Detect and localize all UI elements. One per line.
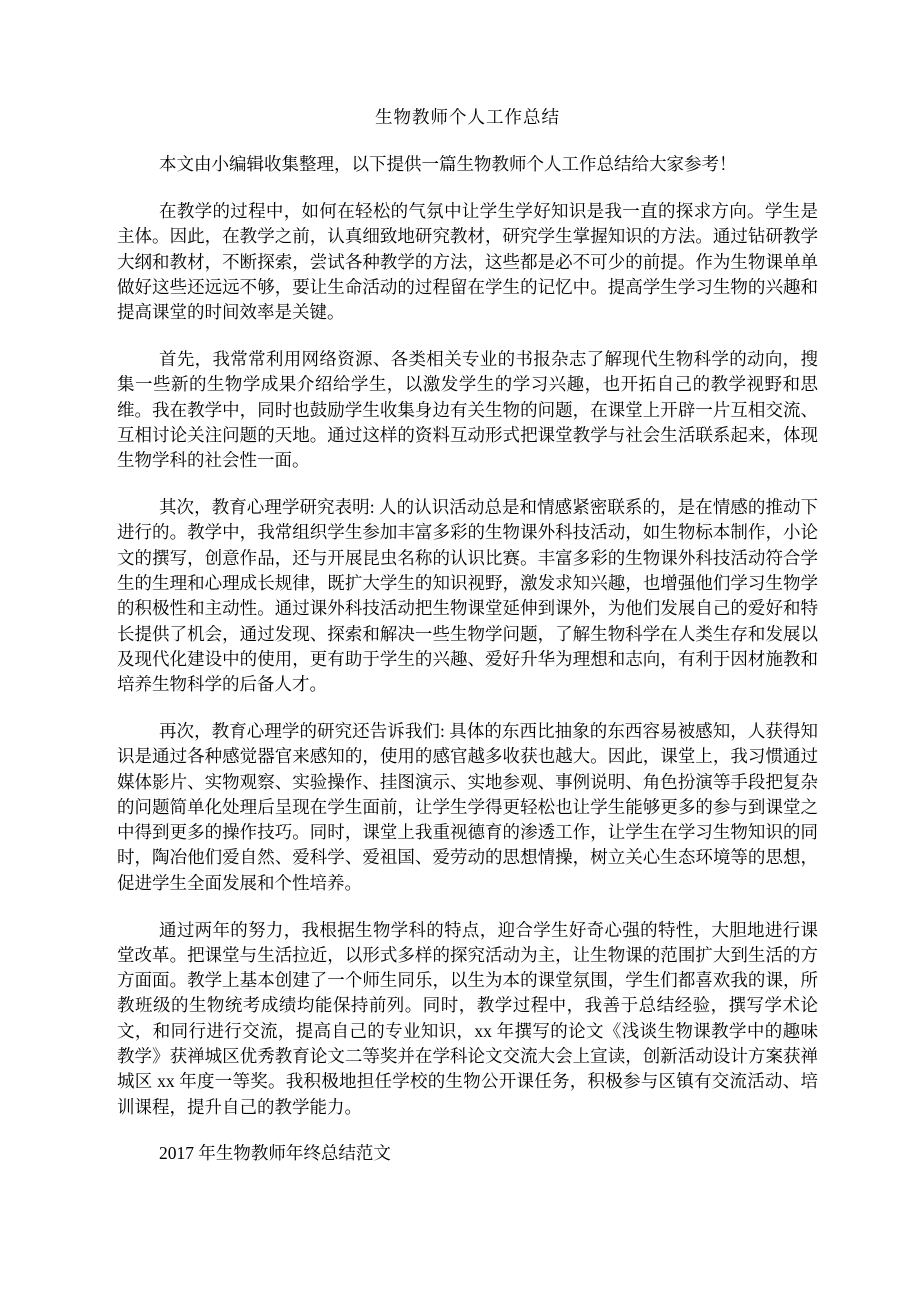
body-paragraph-4: 再次，教育心理学的研究还告诉我们: 具体的东西比抽象的东西容易被感知，人获得知识… — [117, 719, 818, 896]
document-title: 生物教师个人工作总结 — [117, 105, 818, 130]
body-paragraph-5: 通过两年的努力，我根据生物学科的特点，迎合学生好奇心强的特性，大胆地进行课堂改革… — [117, 918, 818, 1120]
closing-line: 2017 年生物教师年终总结范文 — [117, 1141, 818, 1166]
document-page: 生物教师个人工作总结 本文由小编辑收集整理，以下提供一篇生物教师个人工作总结给大… — [0, 0, 920, 1302]
body-paragraph-2: 首先，我常常利用网络资源、各类相关专业的书报杂志了解现代生物科学的动向，搜集一些… — [117, 347, 818, 473]
intro-paragraph: 本文由小编辑收集整理，以下提供一篇生物教师个人工作总结给大家参考！ — [117, 152, 818, 177]
body-paragraph-3: 其次，教育心理学研究表明: 人的认识活动总是和情感紧密联系的，是在情感的推动下进… — [117, 495, 818, 697]
body-paragraph-1: 在教学的过程中，如何在轻松的气氛中让学生学好知识是我一直的探求方向。学生是主体。… — [117, 199, 818, 325]
